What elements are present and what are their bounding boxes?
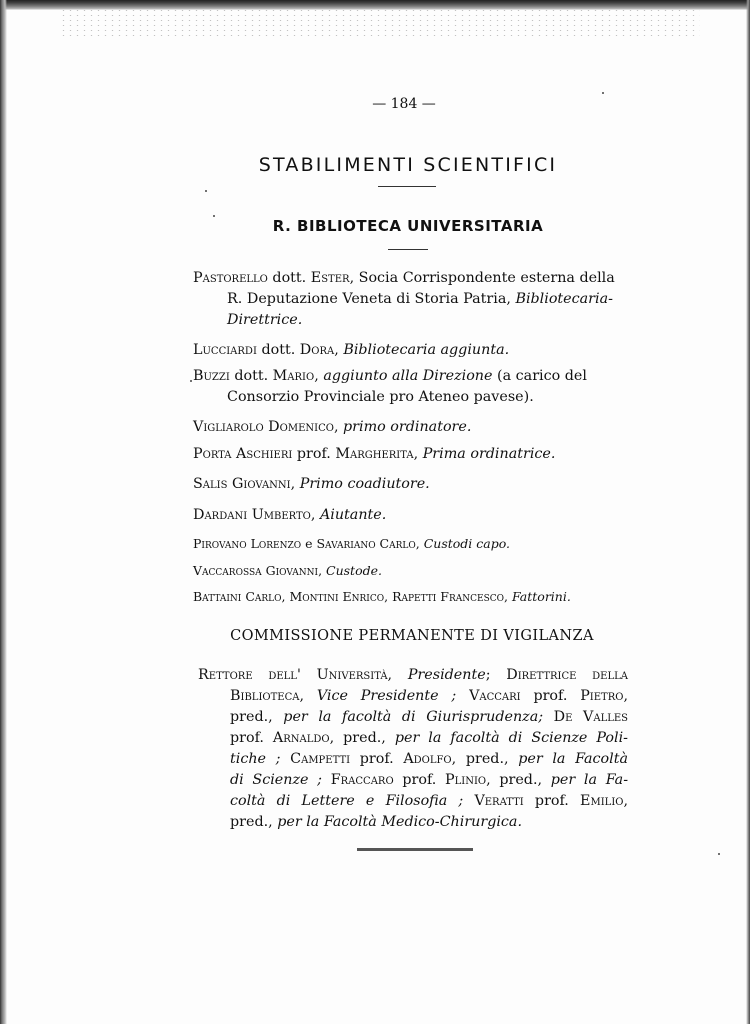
role-text: Direttrice. <box>227 312 302 328</box>
commission-title: COMMISSIONE PERMANENTE DI VIGILANZA <box>0 628 750 644</box>
staff-entry: Lucciardi dott. Dora, Bibliotecaria aggi… <box>193 340 633 361</box>
person-name: Mario <box>273 368 315 384</box>
text-run: , <box>414 446 423 462</box>
scan-speck <box>718 853 720 855</box>
text-run: prof. <box>350 751 403 767</box>
text-run <box>463 793 474 809</box>
role-text: aggiunto alla Direzione <box>323 368 492 384</box>
text-run: prof. <box>521 688 581 704</box>
text-run: , <box>384 589 392 604</box>
text-run: ; <box>486 667 507 683</box>
person-name: Pastorello <box>193 270 268 286</box>
text-run: dott. <box>230 368 273 384</box>
commission-line: pred., per la facoltà di Giurisprudenza;… <box>198 707 628 728</box>
person-name: Emilio <box>580 793 623 809</box>
text-run: , <box>388 667 408 683</box>
role-text: Aiutante. <box>320 507 386 523</box>
text-run: , <box>334 342 343 358</box>
person-name: Biblioteca <box>230 688 299 704</box>
text-run: prof. <box>230 730 273 746</box>
role-text: per la Fa- <box>551 772 628 788</box>
text-run: , <box>623 688 628 704</box>
entry-continuation: Consorzio Provinciale pro Ateneo pavese)… <box>193 387 633 408</box>
role-text: Custode. <box>326 563 382 578</box>
text-run: dott. <box>268 270 311 286</box>
person-name: Arnaldo <box>273 730 330 746</box>
role-text: per la facoltà di Giurisprudenza; <box>283 709 543 725</box>
person-name: Margherita <box>335 446 413 462</box>
role-text: di Scienze ; <box>230 772 322 788</box>
scan-speck <box>190 380 192 382</box>
staff-entry: Pirovano Lorenzo e Savariano Carlo, Cust… <box>193 533 633 554</box>
role-text: Bibliotecaria- <box>515 291 612 307</box>
commission-line: di Scienze ; Fraccaro prof. Plinio, pred… <box>198 770 628 791</box>
text-run: , <box>318 563 326 578</box>
role-text: per la facoltà di Scienze Poli- <box>395 730 628 746</box>
person-name: Montini Enrico <box>289 589 384 604</box>
text-run: pred., <box>230 814 277 830</box>
staff-entry: Vigliarolo Domenico, primo ordinatore. <box>193 417 633 438</box>
role-text: per la Facoltà Medico-Chirurgica. <box>277 814 522 830</box>
text-run: prof. <box>524 793 580 809</box>
text-run <box>280 751 290 767</box>
text-run: , <box>504 589 512 604</box>
person-name: Vaccari <box>469 688 521 704</box>
text-run <box>322 772 331 788</box>
section-title: R. BIBLIOTECA UNIVERSITARIA <box>0 217 750 235</box>
text-run: , pred., <box>452 751 519 767</box>
page-number: — 184 — <box>0 96 750 112</box>
text-run <box>543 709 554 725</box>
commission-line: Biblioteca, Vice Presidente ; Vaccari pr… <box>198 686 628 707</box>
role-text: tiche ; <box>230 751 280 767</box>
person-name: Pirovano Lorenzo <box>193 536 301 551</box>
person-name: Veratti <box>474 793 523 809</box>
title-rule <box>378 186 436 187</box>
entry-continuation: Direttrice. <box>193 310 633 331</box>
person-name: Direttrice della <box>506 667 628 683</box>
person-name: Porta Aschieri <box>193 446 292 462</box>
role-text: Bibliotecaria aggiunta. <box>343 342 509 358</box>
role-text: Vice Presidente ; <box>317 688 456 704</box>
person-name: Dardani Umberto <box>193 507 311 523</box>
scan-speck <box>213 215 215 217</box>
person-name: Lucciardi <box>193 342 257 358</box>
text-run: , <box>416 536 424 551</box>
staff-entry: Buzzi dott. Mario, aggiunto alla Direzio… <box>193 366 633 408</box>
person-name: Rapetti Francesco <box>392 589 504 604</box>
staff-entry: Vaccarossa Giovanni, Custode. <box>193 560 633 581</box>
end-rule <box>357 848 473 851</box>
text-run: (a carico del <box>492 368 586 384</box>
text-run: prof. <box>394 772 445 788</box>
text-run: , Socia Corrispondente esterna della <box>350 270 615 286</box>
role-text: per la Facoltà <box>518 751 628 767</box>
scan-speck <box>205 190 207 192</box>
role-text: Fattorini. <box>512 589 571 604</box>
text-run: , pred., <box>486 772 551 788</box>
person-name: Rettore dell' Università <box>198 667 388 683</box>
person-name: Savariano Carlo <box>316 536 415 551</box>
staff-entry: Battaini Carlo, Montini Enrico, Rapetti … <box>193 586 633 607</box>
person-name: Dora <box>300 342 334 358</box>
commission-line: tiche ; Campetti prof. Adolfo, pred., pe… <box>198 749 628 770</box>
person-name: De Valles <box>554 709 628 725</box>
text-run: , <box>311 507 320 523</box>
text-run: , <box>299 688 316 704</box>
text-run: pred., <box>230 709 283 725</box>
person-name: Ester <box>311 270 350 286</box>
staff-entry: Porta Aschieri prof. Margherita, Prima o… <box>193 444 633 465</box>
scan-noise <box>60 8 700 36</box>
person-name: Buzzi <box>193 368 230 384</box>
section-rule <box>388 249 428 250</box>
commission-line: Rettore dell' Università, Presidente; Di… <box>198 665 628 686</box>
scan-speck <box>602 92 604 94</box>
role-text: coltà di Lettere e Filosofia ; <box>230 793 463 809</box>
person-name: Plinio <box>445 772 486 788</box>
main-title: STABILIMENTI SCIENTIFICI <box>0 154 750 176</box>
person-name: Salis Giovanni <box>193 476 291 492</box>
text-run: e <box>301 536 316 551</box>
role-text: Primo coadiutore. <box>300 476 430 492</box>
commission-line: prof. Arnaldo, pred., per la facoltà di … <box>198 728 628 749</box>
person-name: Fraccaro <box>331 772 394 788</box>
text-run: , <box>334 419 343 435</box>
commission-line: coltà di Lettere e Filosofia ; Veratti p… <box>198 791 628 812</box>
text-run: , pred., <box>330 730 395 746</box>
text-run: , <box>314 368 323 384</box>
text-run: Consorzio Provinciale pro Ateneo pavese)… <box>227 389 534 405</box>
staff-entry: Salis Giovanni, Primo coadiutore. <box>193 474 633 495</box>
commission-members: Rettore dell' Università, Presidente; Di… <box>198 665 628 833</box>
role-text: Prima ordinatrice. <box>423 446 556 462</box>
role-text: primo ordinatore. <box>343 419 471 435</box>
role-text: Presidente <box>408 667 486 683</box>
text-run: , <box>291 476 300 492</box>
text-run: R. Deputazione Veneta di Storia Patria, <box>227 291 515 307</box>
text-run: prof. <box>292 446 335 462</box>
role-text: Custodi capo. <box>424 536 510 551</box>
staff-entry: Pastorello dott. Ester, Socia Corrispond… <box>193 268 633 331</box>
person-name: Battaini Carlo <box>193 589 282 604</box>
text-run: , <box>623 793 628 809</box>
entry-continuation: R. Deputazione Veneta di Storia Patria, … <box>193 289 633 310</box>
commission-line: pred., per la Facoltà Medico-Chirurgica. <box>198 812 628 833</box>
person-name: Vaccarossa Giovanni <box>193 563 318 578</box>
person-name: Pietro <box>580 688 623 704</box>
person-name: Vigliarolo Domenico <box>193 419 334 435</box>
person-name: Campetti <box>290 751 350 767</box>
staff-entry: Dardani Umberto, Aiutante. <box>193 505 633 526</box>
text-run: dott. <box>257 342 300 358</box>
text-run <box>456 688 469 704</box>
person-name: Adolfo <box>403 751 451 767</box>
